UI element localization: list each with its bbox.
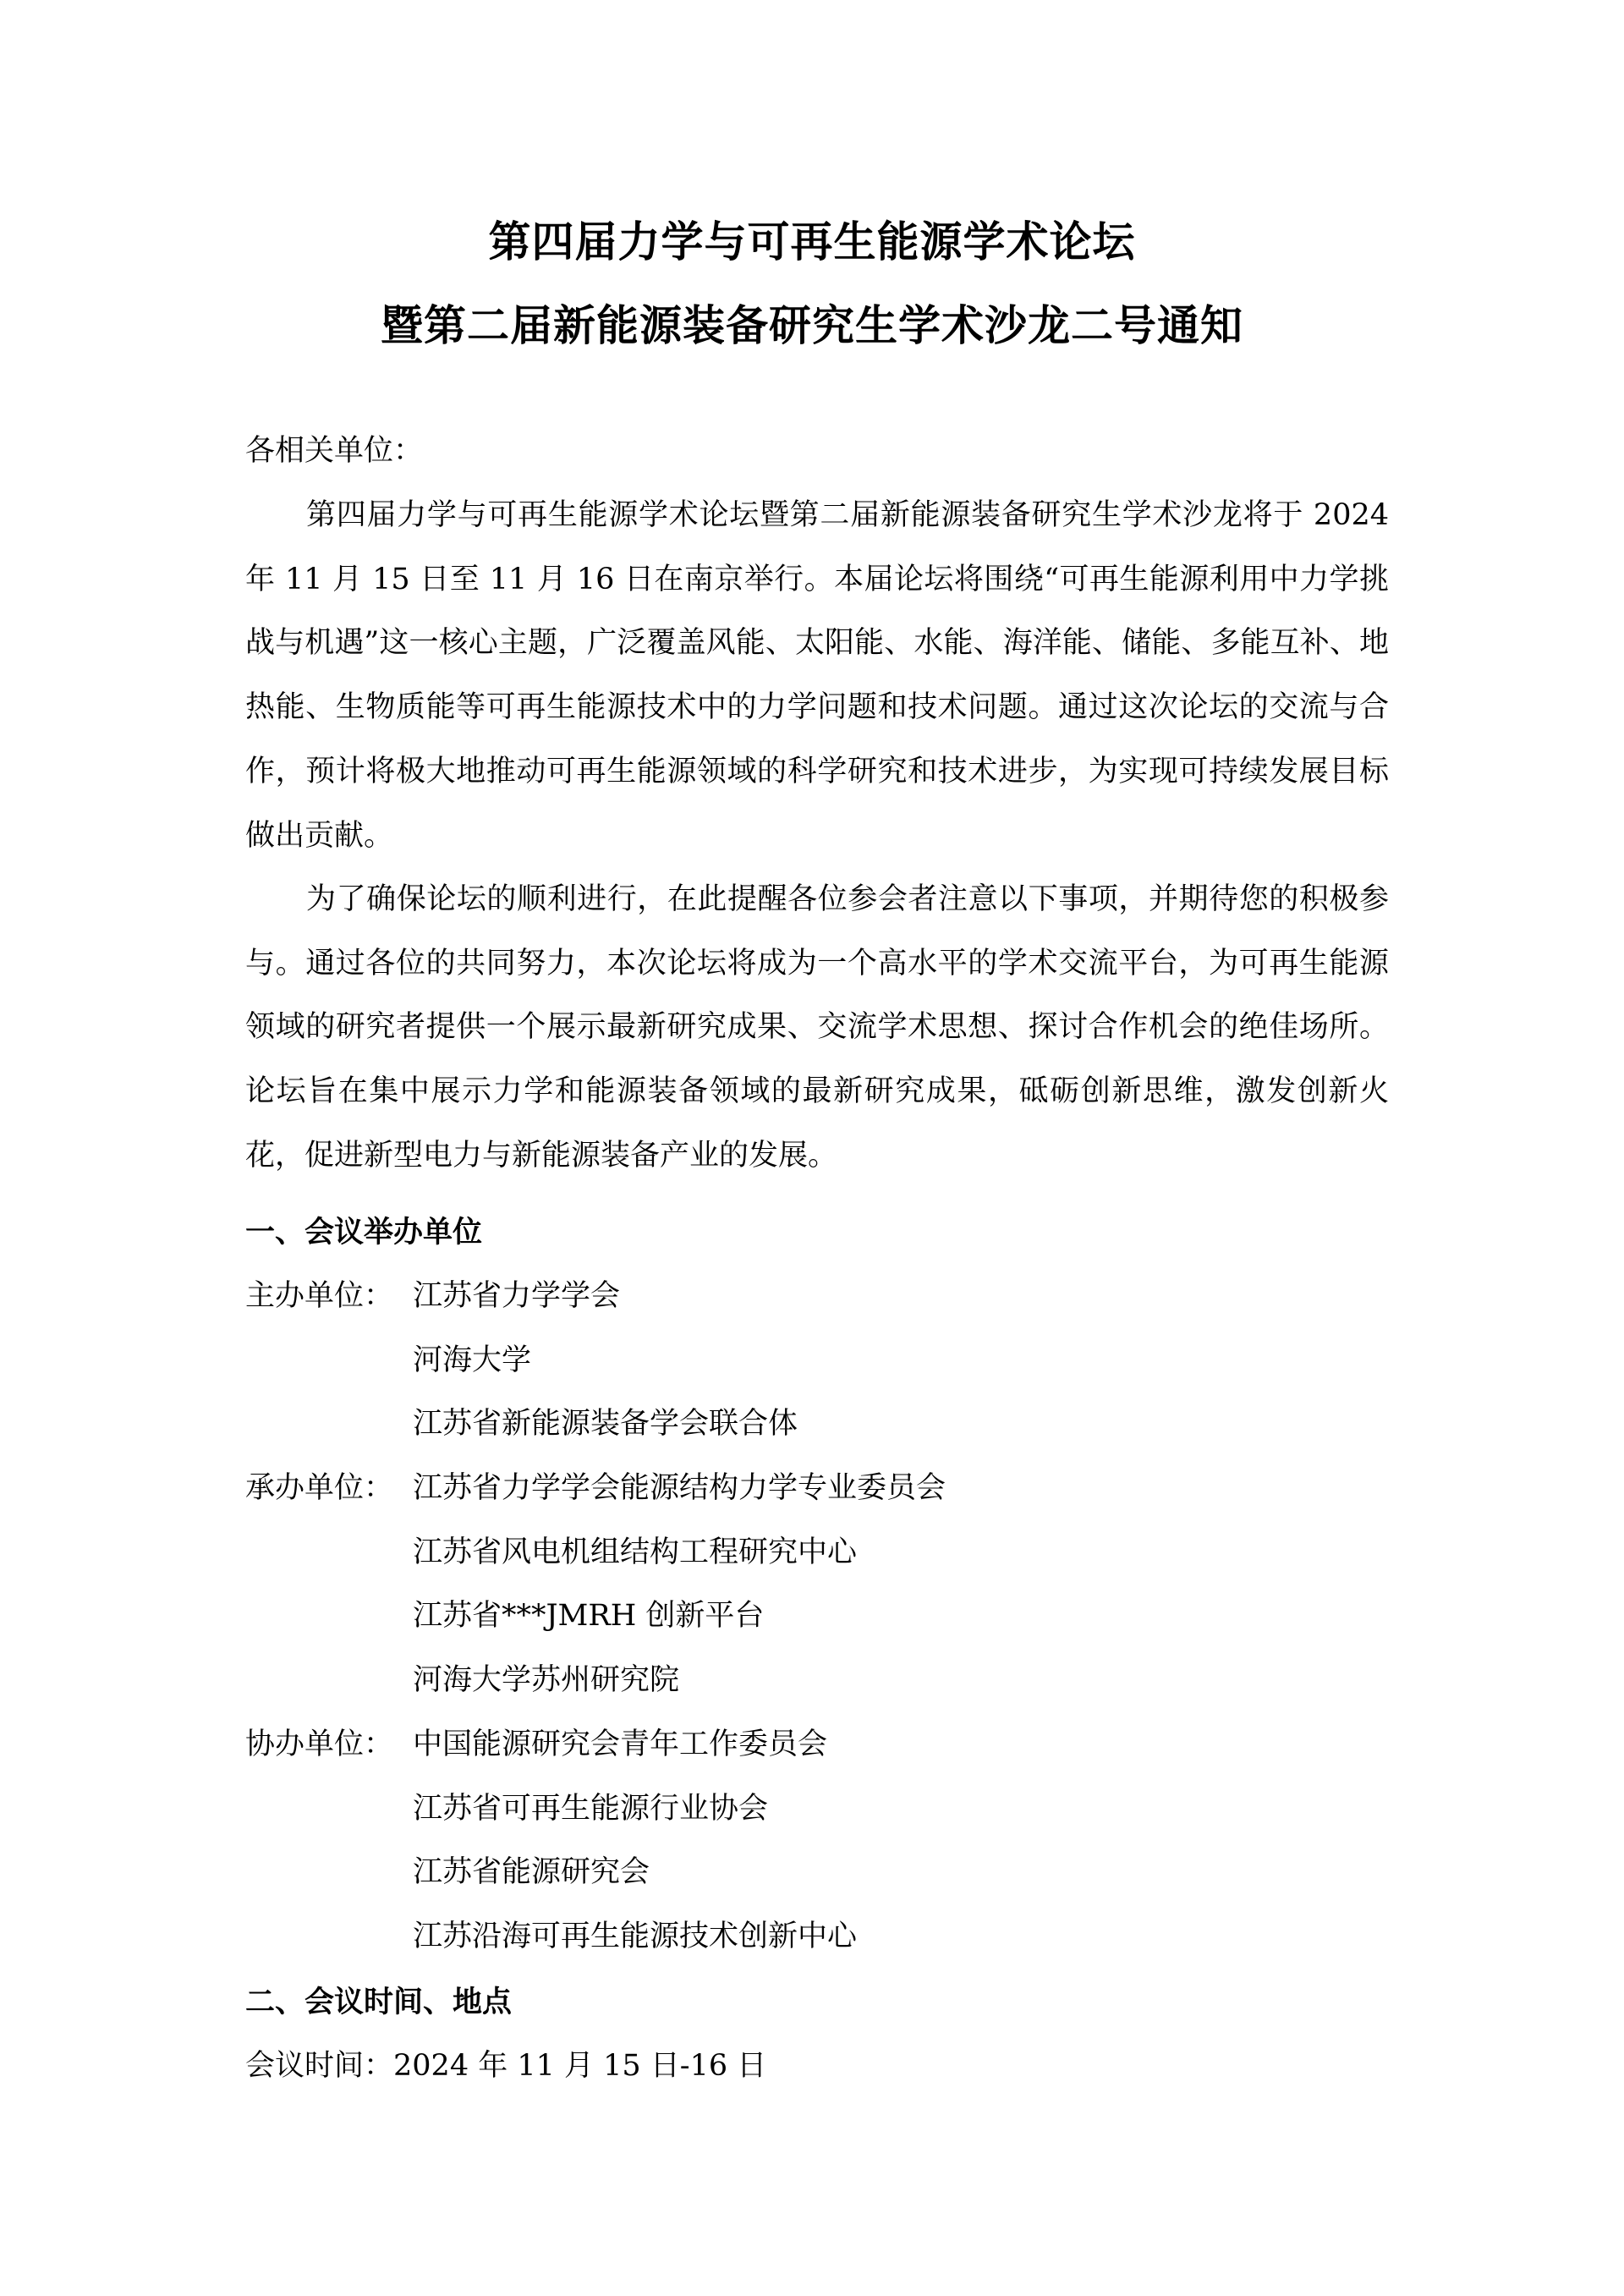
org-row: 江苏省新能源装备学会联合体 <box>245 1392 798 1457</box>
intro-paragraph: 第四届力学与可再生能源学术论坛暨第二届新能源装备研究生学术沙龙将于 2024 年… <box>245 484 1389 868</box>
org-label-spacer <box>245 1329 413 1393</box>
org-row: 江苏省风电机组结构工程研究中心 <box>245 1521 946 1585</box>
salutation: 各相关单位： <box>245 420 1389 484</box>
org-item: 江苏沿海可再生能源技术创新中心 <box>413 1905 857 1969</box>
co-organizer-units-label: 协办单位： <box>245 1713 413 1777</box>
host-units-group: 主办单位： 江苏省力学学会 河海大学 江苏省新能源装备学会联合体 <box>245 1265 798 1457</box>
meeting-time-row: 会议时间：2024 年 11 月 15 日-16 日 <box>245 2035 766 2098</box>
org-label-spacer <box>245 1841 413 1905</box>
org-label-spacer <box>245 1392 413 1457</box>
org-item: 江苏省能源研究会 <box>413 1841 650 1905</box>
org-item: 江苏省风电机组结构工程研究中心 <box>413 1521 857 1585</box>
org-label-spacer <box>245 1521 413 1585</box>
org-item: 江苏省新能源装备学会联合体 <box>413 1392 798 1457</box>
org-label-spacer <box>245 1585 413 1649</box>
document-title-line-1: 第四届力学与可再生能源学术论坛 <box>0 217 1624 267</box>
org-row: 江苏省可再生能源行业协会 <box>245 1777 857 1842</box>
notice-paragraph: 为了确保论坛的顺利进行，在此提醒各位参会者注意以下事项，并期待您的积极参与。通过… <box>245 868 1389 1189</box>
org-label-spacer <box>245 1777 413 1842</box>
organizer-units-label: 承办单位： <box>245 1457 413 1521</box>
host-units-label: 主办单位： <box>245 1265 413 1329</box>
meeting-time-label: 会议时间： <box>245 2049 393 2083</box>
org-label-spacer <box>245 1649 413 1713</box>
org-row: 河海大学苏州研究院 <box>245 1649 946 1713</box>
organizer-units-group: 承办单位： 江苏省力学学会能源结构力学专业委员会 江苏省风电机组结构工程研究中心… <box>245 1457 946 1713</box>
section-heading-organizers: 一、会议举办单位 <box>245 1200 482 1264</box>
org-row: 江苏沿海可再生能源技术创新中心 <box>245 1905 857 1969</box>
org-item: 江苏省***JMRH 创新平台 <box>413 1585 764 1649</box>
org-item: 江苏省力学学会 <box>413 1265 620 1329</box>
co-organizer-units-group: 协办单位： 中国能源研究会青年工作委员会 江苏省可再生能源行业协会 江苏省能源研… <box>245 1713 857 1969</box>
org-item: 河海大学 <box>413 1329 531 1393</box>
org-item: 河海大学苏州研究院 <box>413 1649 679 1713</box>
org-row: 协办单位： 中国能源研究会青年工作委员会 <box>245 1713 857 1777</box>
org-item: 江苏省力学学会能源结构力学专业委员会 <box>413 1457 946 1521</box>
section-heading-time-location: 二、会议时间、地点 <box>245 1970 512 2034</box>
org-row: 河海大学 <box>245 1329 798 1393</box>
org-row: 承办单位： 江苏省力学学会能源结构力学专业委员会 <box>245 1457 946 1521</box>
org-row: 主办单位： 江苏省力学学会 <box>245 1265 798 1329</box>
document-title-line-2: 暨第二届新能源装备研究生学术沙龙二号通知 <box>0 300 1624 351</box>
meeting-time-value: 2024 年 11 月 15 日-16 日 <box>393 2049 766 2083</box>
org-row: 江苏省***JMRH 创新平台 <box>245 1585 946 1649</box>
org-item: 江苏省可再生能源行业协会 <box>413 1777 768 1842</box>
org-item: 中国能源研究会青年工作委员会 <box>413 1713 827 1777</box>
document-page: 第四届力学与可再生能源学术论坛 暨第二届新能源装备研究生学术沙龙二号通知 各相关… <box>0 0 1624 2296</box>
org-row: 江苏省能源研究会 <box>245 1841 857 1905</box>
org-label-spacer <box>245 1905 413 1969</box>
